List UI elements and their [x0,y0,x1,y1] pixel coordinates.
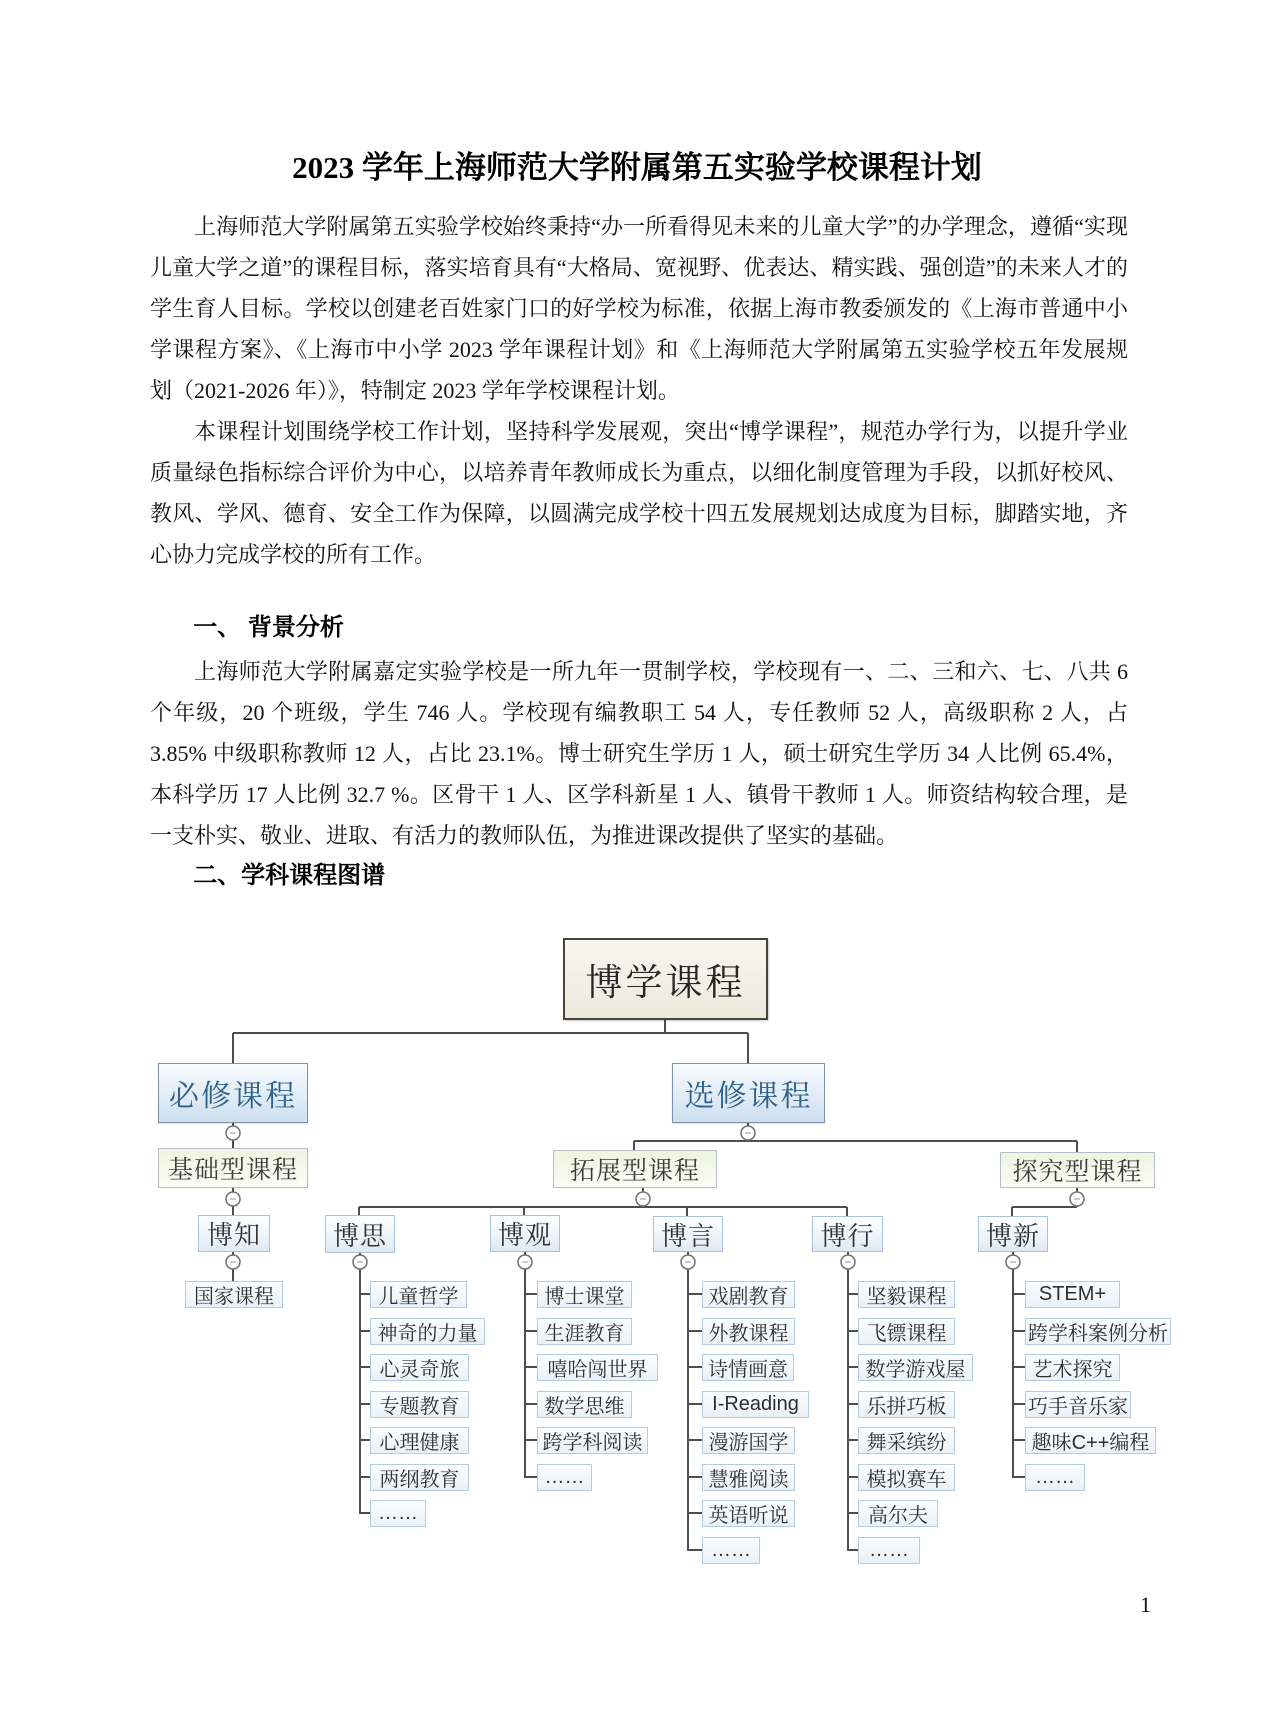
connector-dot [226,1126,240,1140]
course-box: 心灵奇旅 [370,1354,469,1381]
document-page: 2023 学年上海师范大学附属第五实验学校课程计划 上海师范大学附属第五实验学校… [0,0,1274,1719]
course-box: 数学思维 [537,1391,632,1418]
course-box: 心理健康 [370,1427,469,1454]
section-heading-curriculum-map: 二、学科课程图谱 [150,856,1128,896]
diagram-node-bosi: 博思 [325,1215,395,1253]
course-box: 飞镖课程 [858,1318,955,1345]
course-box: 跨学科阅读 [537,1427,648,1454]
course-box: 英语听说 [702,1500,795,1527]
connector-dot [353,1255,367,1269]
diagram-node-elective-courses: 选修课程 [672,1063,825,1123]
course-box: 巧手音乐家 [1025,1391,1131,1418]
course-box: I-Reading [702,1391,809,1418]
course-box: …… [370,1500,426,1527]
course-box: 跨学科案例分析 [1025,1318,1171,1345]
course-box: 博士课堂 [537,1281,632,1308]
document-body: 上海师范大学附属第五实验学校始终秉持“办一所看得见未来的儿童大学”的办学理念，遵… [150,206,1128,896]
course-box: 舞采缤纷 [858,1427,955,1454]
course-box: …… [858,1537,920,1564]
diagram-node-boguan: 博观 [490,1215,560,1252]
diagram-node-boxing: 博行 [812,1216,883,1252]
diagram-node-bozhi: 博知 [198,1215,270,1252]
course-box: 神奇的力量 [370,1318,485,1345]
connector-dot [226,1192,240,1206]
course-box: 艺术探究 [1025,1354,1120,1381]
course-box: 诗情画意 [702,1354,794,1381]
connector-dot [681,1255,695,1269]
page-title: 2023 学年上海师范大学附属第五实验学校课程计划 [0,142,1274,187]
course-box: STEM+ [1025,1281,1120,1308]
diagram-node-extended-type: 拓展型课程 [553,1150,717,1188]
connector-path [688,1252,702,1551]
diagram-node-inquiry-type: 探究型课程 [1000,1152,1155,1188]
course-box: …… [537,1464,592,1491]
course-box: 高尔夫 [858,1500,938,1527]
diagram-node-root: 博学课程 [563,938,768,1020]
diagram-node-boxin: 博新 [978,1216,1048,1252]
section-heading-background: 一、 背景分析 [150,608,1128,648]
paragraph-background: 上海师范大学附属嘉定实验学校是一所九年一贯制学校，学校现有一、二、三和六、七、八… [150,651,1128,856]
course-box: 国家课程 [185,1281,283,1308]
connector-dot [841,1255,855,1269]
course-box: 儿童哲学 [370,1281,467,1308]
course-box: …… [1025,1464,1085,1491]
diagram-node-basic-type: 基础型课程 [158,1148,308,1188]
connector-dot [741,1126,755,1140]
course-box: 坚毅课程 [858,1281,955,1308]
course-box: 漫游国学 [702,1427,795,1454]
course-box: 生涯教育 [537,1318,632,1345]
connector-dot [1070,1192,1084,1206]
connector-path [1013,1252,1025,1478]
course-box: 戏剧教育 [702,1281,795,1308]
connector-dot [636,1192,650,1206]
course-box: 外教课程 [702,1318,795,1345]
course-box: 两纲教育 [370,1464,469,1491]
course-box: …… [702,1537,760,1564]
diagram-node-required-courses: 必修课程 [158,1063,308,1123]
connector-path [360,1253,370,1514]
course-box: 慧雅阅读 [702,1464,795,1491]
diagram-node-boyan: 博言 [653,1216,723,1252]
connector-path [848,1252,858,1551]
connector-path [233,1020,748,1063]
connector-path [525,1252,537,1478]
connector-dot [226,1255,240,1269]
connector-dot [518,1255,532,1269]
connector-dot [1006,1255,1020,1269]
page-number: 1 [1140,1592,1151,1618]
course-box: 专题教育 [370,1391,469,1418]
course-box: 模拟赛车 [858,1464,955,1491]
connector-path [634,1123,1077,1152]
course-box: 趣味C++编程 [1025,1427,1156,1454]
connector-path [359,1188,847,1216]
course-box: 嘻哈闯世界 [537,1354,658,1381]
paragraph-intro-1: 上海师范大学附属第五实验学校始终秉持“办一所看得见未来的儿童大学”的办学理念，遵… [150,206,1128,411]
course-box: 数学游戏屋 [858,1354,973,1381]
connector-path [1012,1188,1077,1216]
course-box: 乐拼巧板 [858,1391,955,1418]
paragraph-intro-2: 本课程计划围绕学校工作计划，坚持科学发展观，突出“博学课程”，规范办学行为，以提… [150,411,1128,575]
